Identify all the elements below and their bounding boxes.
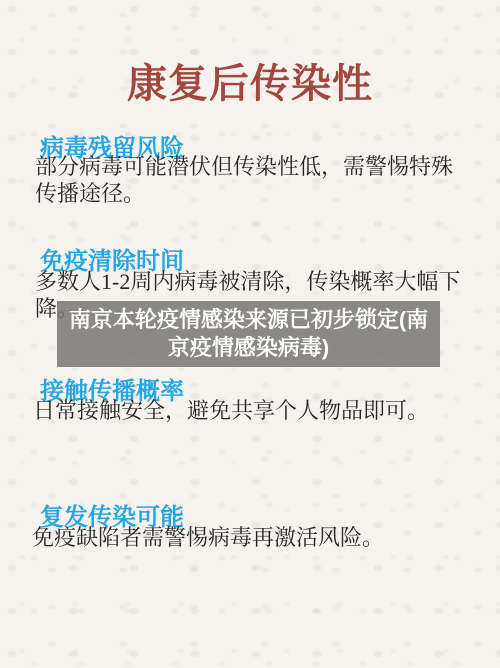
page-title: 康复后传染性: [0, 52, 500, 109]
overlay-headline-text: 南京本轮疫情感染来源已初步锁定(南 京疫情感染病毒): [69, 306, 428, 362]
section-body-contact-transmission-probability: 日常接触安全，避免共享个人物品即可。: [33, 397, 478, 424]
section-body-relapse-infection-possibility: 免疫缺陷者需警惕病毒再激活风险。: [32, 524, 477, 551]
infographic-card: 康复后传染性 病毒残留风险 部分病毒可能潜伏但传染性低，需警惕特殊 传播途径。 …: [0, 0, 500, 668]
section-body-virus-residual-risk: 部分病毒可能潜伏但传染性低，需警惕特殊 传播途径。: [35, 153, 480, 207]
overlay-headline-banner[interactable]: 南京本轮疫情感染来源已初步锁定(南 京疫情感染病毒): [57, 301, 440, 367]
